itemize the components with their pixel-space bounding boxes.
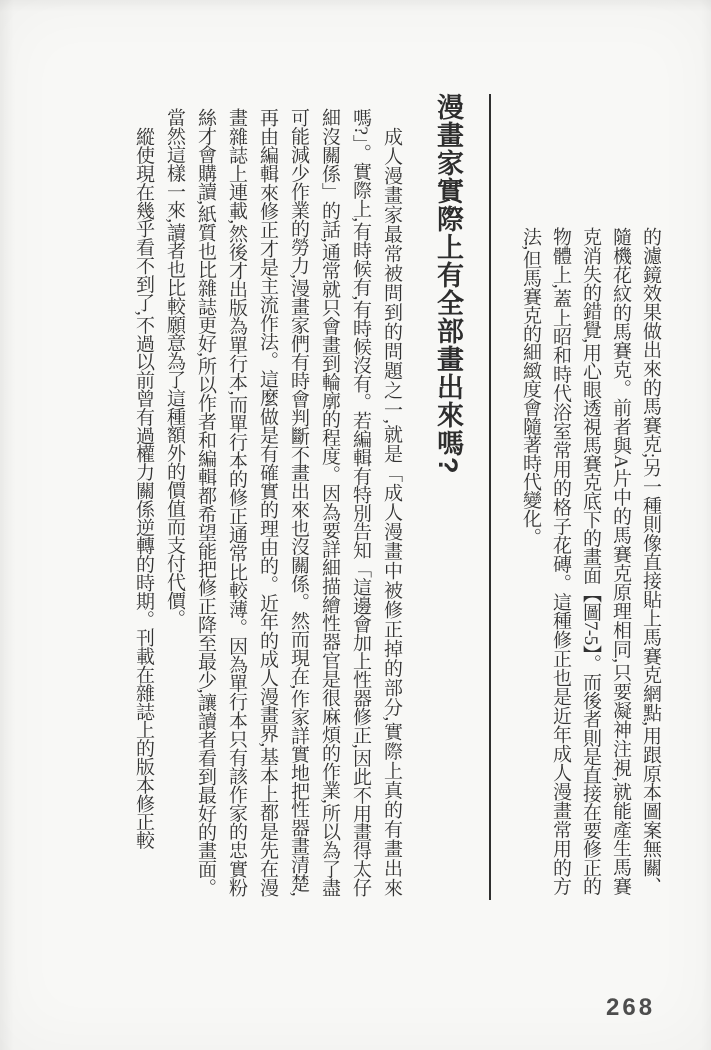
- section-divider-rule: [489, 94, 491, 900]
- section-heading: 漫畫家實際上有全部畫出來嗎?: [429, 93, 468, 523]
- previous-section-continuation: 的濾鏡效果做出來的馬賽克;另一種則像直接貼上馬賽克網點,用跟原本圖案無關、隨機花…: [505, 227, 665, 895]
- body-paragraph: 縱使現在幾乎看不到了,不過以前曾有過權力關係逆轉的時期。刊載在雜誌上的版本修正較: [128, 108, 159, 896]
- continuation-text: 的濾鏡效果做出來的馬賽克;另一種則像直接貼上馬賽克網點,用跟原本圖案無關、隨機花…: [515, 227, 665, 895]
- book-page: 的濾鏡效果做出來的馬賽克;另一種則像直接貼上馬賽克網點,用跟原本圖案無關、隨機花…: [0, 0, 711, 1050]
- body-paragraph: 成人漫畫家最常被問到的問題之一,就是「成人漫畫中被修正掉的部分,實際上真的有畫出…: [159, 108, 407, 896]
- main-body-text: 成人漫畫家最常被問到的問題之一,就是「成人漫畫中被修正掉的部分,實際上真的有畫出…: [85, 108, 407, 896]
- page-number: 268: [606, 994, 655, 1022]
